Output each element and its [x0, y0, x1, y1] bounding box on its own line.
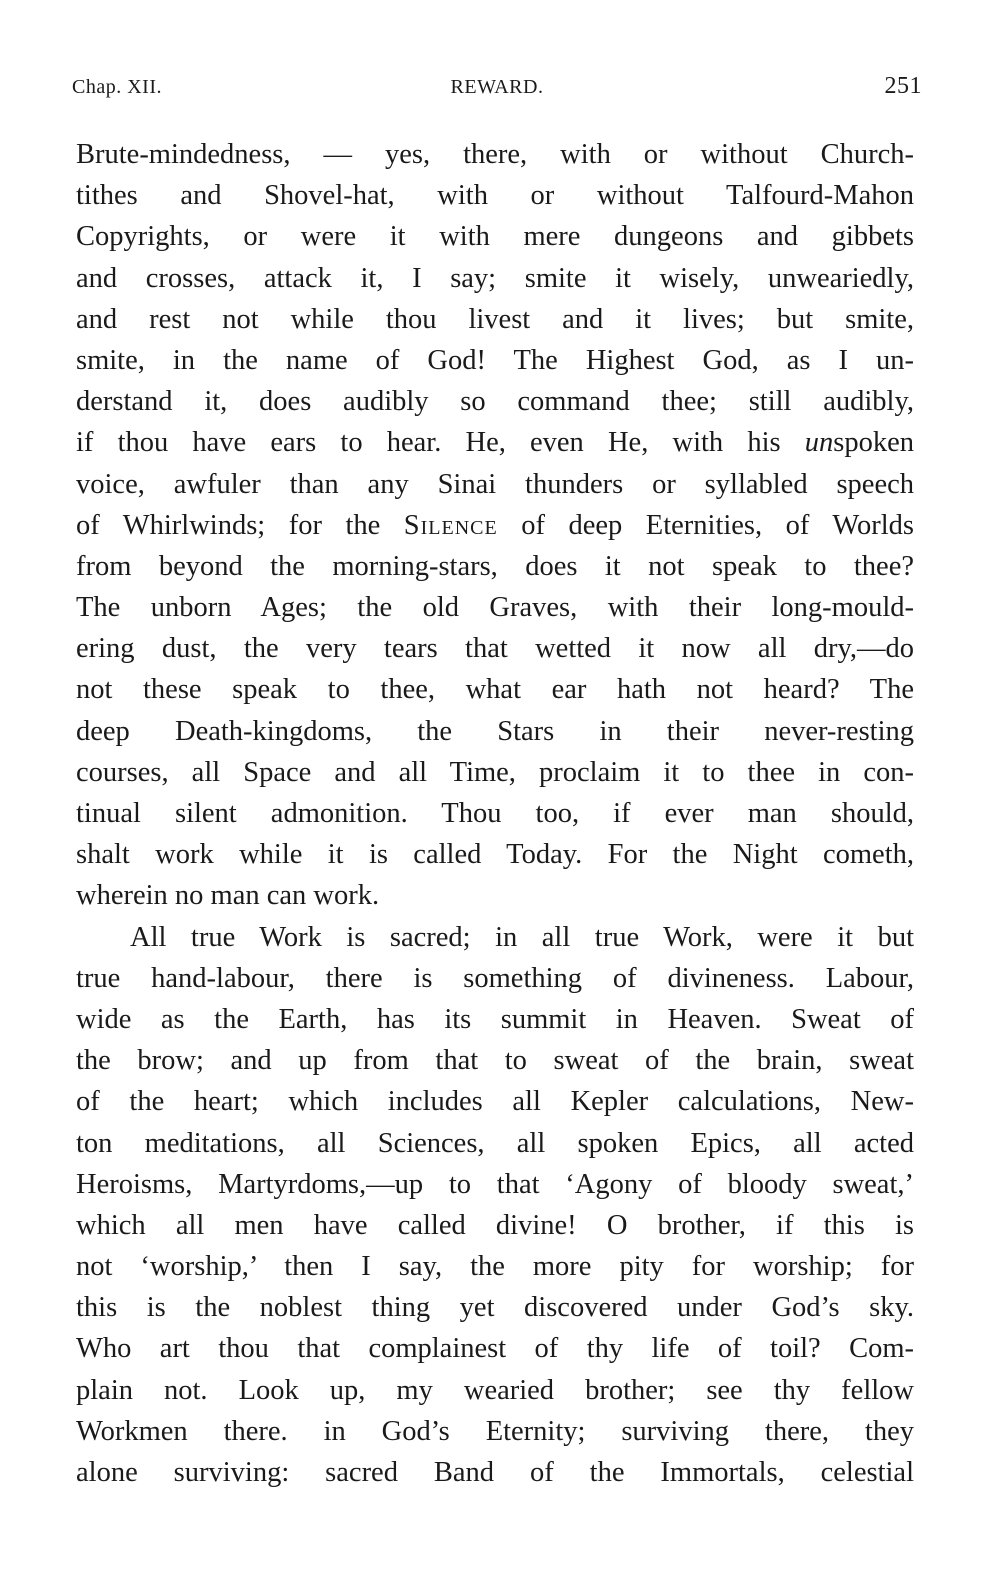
- text-segment: if thou have ears to hear. He, even He, …: [76, 427, 805, 458]
- text-line: true hand-labour, there is something of …: [76, 958, 914, 999]
- page-number: 251: [885, 73, 923, 100]
- text-line: Workmen there. in God’s Eternity; surviv…: [76, 1411, 914, 1452]
- text-line: not ‘worship,’ then I say, the more pity…: [76, 1246, 914, 1287]
- text-line: and crosses, attack it, I say; smite it …: [76, 258, 914, 299]
- text-line: ering dust, the very tears that wetted i…: [76, 628, 914, 669]
- text-line: All true Work is sacred; in all true Wor…: [76, 917, 914, 958]
- italic-emphasis: un: [805, 427, 834, 458]
- text-line: the brow; and up from that to sweat of t…: [76, 1040, 914, 1081]
- text-line: voice, awfuler than any Sinai thunders o…: [76, 464, 914, 505]
- text-line: Who art thou that complainest of thy lif…: [76, 1328, 914, 1369]
- text-line: from beyond the morning-stars, does it n…: [76, 546, 914, 587]
- text-line: derstand it, does audibly so command the…: [76, 381, 914, 422]
- text-line: Brute-mindedness, — yes, there, with or …: [76, 134, 914, 175]
- text-line: deep Death-kingdoms, the Stars in their …: [76, 711, 914, 752]
- text-segment: of Whirlwinds; for the: [76, 510, 404, 541]
- text-line: wide as the Earth, has its summit in Hea…: [76, 999, 914, 1040]
- book-page: Chap. XII. REWARD. 251 Brute-mindedness,…: [0, 0, 1000, 1569]
- running-head: Chap. XII. REWARD. 251: [72, 76, 922, 106]
- text-line-with-small-caps: of Whirlwinds; for the Silence of deep E…: [76, 505, 914, 546]
- text-line-with-italic: if thou have ears to hear. He, even He, …: [76, 422, 914, 463]
- body-text: Brute-mindedness, — yes, there, with or …: [76, 134, 914, 1493]
- chapter-title: REWARD.: [72, 76, 922, 99]
- text-line: alone surviving: sacred Band of the Immo…: [76, 1452, 914, 1493]
- text-line: smite, in the name of God! The Highest G…: [76, 340, 914, 381]
- text-line: courses, all Space and all Time, proclai…: [76, 752, 914, 793]
- text-line: The unborn Ages; the old Graves, with th…: [76, 587, 914, 628]
- text-line: wherein no man can work.: [76, 875, 914, 916]
- text-line: plain not. Look up, my wearied brother; …: [76, 1370, 914, 1411]
- text-line: not these speak to thee, what ear hath n…: [76, 669, 914, 710]
- text-line: this is the noblest thing yet discovered…: [76, 1287, 914, 1328]
- text-line: tinual silent admonition. Thou too, if e…: [76, 793, 914, 834]
- text-line: shalt work while it is called Today. For…: [76, 834, 914, 875]
- text-line: and rest not while thou livest and it li…: [76, 299, 914, 340]
- text-line: of the heart; which includes all Kepler …: [76, 1081, 914, 1122]
- text-line: Copyrights, or were it with mere dungeon…: [76, 216, 914, 257]
- text-line: ton meditations, all Sciences, all spoke…: [76, 1123, 914, 1164]
- text-segment: of deep Eternities, of Worlds: [498, 510, 914, 541]
- paragraph-2: All true Work is sacred; in all true Wor…: [76, 917, 914, 1494]
- text-line: which all men have called divine! O brot…: [76, 1205, 914, 1246]
- small-caps-emphasis: Silence: [404, 510, 498, 541]
- text-segment: spoken: [833, 427, 914, 458]
- paragraph-1: Brute-mindedness, — yes, there, with or …: [76, 134, 914, 917]
- text-line: Heroisms, Martyrdoms,—up to that ‘Agony …: [76, 1164, 914, 1205]
- text-line: tithes and Shovel-hat, with or without T…: [76, 175, 914, 216]
